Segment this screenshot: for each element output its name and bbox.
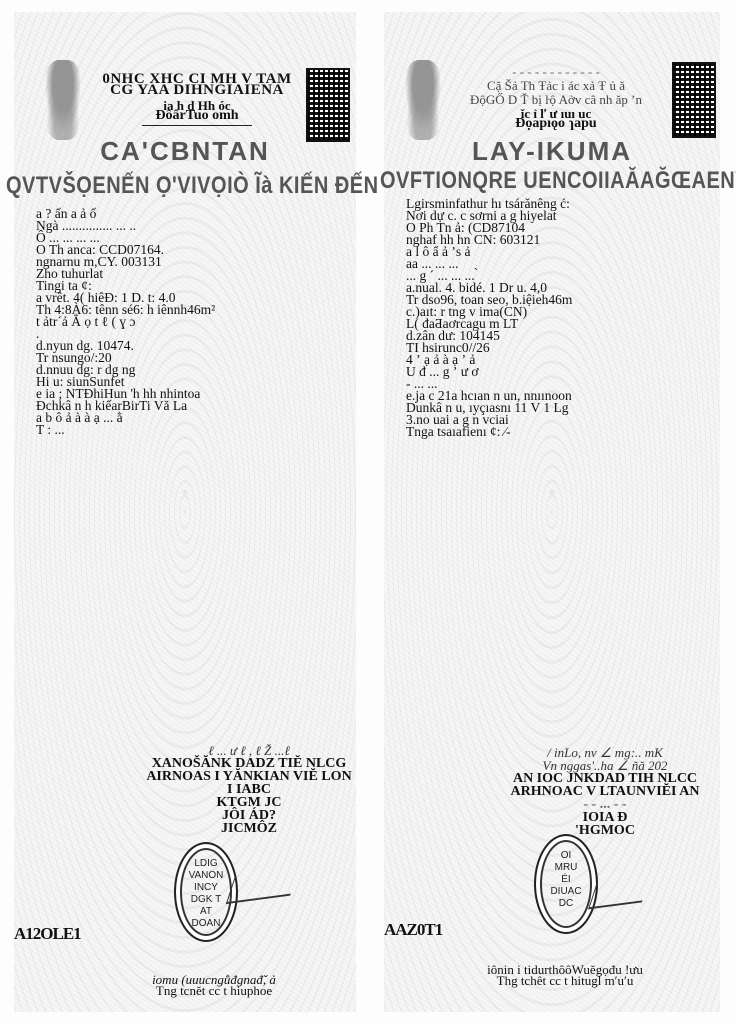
certificate-title: CA'CBNTAN (14, 136, 356, 167)
signatory-line-5: 'HGMOC (490, 824, 720, 837)
page-header: - - - - - - - - - - - - Cặ Šả Th Ŧảc i á… (456, 64, 656, 131)
seal-text: DC (536, 898, 596, 910)
seal-text: OI (536, 850, 596, 862)
body-line: t ảtr´ả Ẳ ọ t ℓ ( ɣ ɔ (36, 316, 215, 328)
footer-line-2: Thg tchêt cc t hitugl m′u′u (480, 975, 650, 986)
seal-text: LDIG (176, 858, 236, 870)
body-line: Tnga tsaıafienı ¢: ⁄- (406, 426, 572, 438)
national-emblem-icon (42, 60, 84, 140)
body-line: T : ... (36, 424, 215, 436)
header-divider (142, 125, 252, 126)
seal-text: AT (176, 906, 236, 918)
footer-note: iomu (uuucngu̐đgnađ̌, ả Tng tcnĕt cc t h… (114, 974, 314, 996)
registration-number: AAZ0T1 (384, 920, 442, 940)
page-header: 0NHC XHC CI MH V TAM CG YAA DIHNGIAIENA … (92, 72, 302, 126)
seal-text: DOAN (176, 918, 236, 930)
header-line-4: ĐôârTuo omh (92, 109, 302, 123)
header-line-1: - - - - - - - - - - - - (456, 65, 656, 78)
footer-note: iônin i tidurthôôWuĕgọđu ǃưu Thg tchêt c… (480, 964, 650, 986)
footer-line-2: Tng tcnĕt cc t hiuphoe (114, 985, 314, 996)
certificate-subtitle: OVFTIONQRE UENCOIIAĂAĞŒAENVAT (380, 168, 726, 196)
seal-text: DIUAC (536, 886, 596, 898)
seal-text: INCY (176, 882, 236, 894)
national-emblem-icon (402, 60, 444, 140)
header-line-5: Đọapıǫo ɿapu (456, 117, 656, 131)
signatory-line-6: JICMÔZ (134, 822, 364, 835)
official-seal: LDIGVANONINCYDGK TATDOAN (174, 842, 238, 942)
seal-text: VANON (176, 870, 236, 882)
signature-icon (226, 868, 299, 904)
certificate-page-left: 0NHC XHC CI MH V TAM CG YAA DIHNGIAIENA … (14, 12, 356, 1012)
qr-code (672, 62, 716, 138)
seal-text: ÉI (536, 874, 596, 886)
certificate-page-right: - - - - - - - - - - - - Cặ Šả Th Ŧảc i á… (384, 12, 720, 1012)
header-line-2: CG YAA DIHNGIAIENA (92, 83, 302, 98)
certificate-subtitle: QVTVŠỌENẾN Ọ'VIVỌIÒ Ĩà KIẾN ĐẾN ĐẤI (6, 173, 364, 201)
signature-block: ℓ ... ư ℓ , ℓ Ž ...ℓ XANOŠĂNK DADZ TIĔ N… (134, 744, 364, 835)
seal-text: MRU (536, 862, 596, 874)
qr-code (306, 68, 350, 142)
registration-number: A12OLE1 (14, 924, 81, 944)
certificate-title: LAY-IKUMA (384, 136, 720, 167)
header-line-2: Cặ Šả Th Ŧảc i ác xả Ŧ ủ ǎ (456, 79, 656, 92)
certificate-body: a ? ấn a ả ốNgà ............... ... ..Ô … (36, 208, 215, 436)
certificate-body: Lgirsminfathur hı tsárǎnêng ć:Nơi dự c. … (406, 198, 572, 438)
official-seal: OIMRUÉIDIUACDC (534, 834, 598, 934)
header-line-3: ĐộGŐ D Ť bị ŀộ Aởv câ nh ăp ʼn (456, 93, 656, 106)
signature-block: / inLo, nv ∠ mg:.. mK Vn nggasʹ..ha ∠ ñă… (490, 746, 720, 837)
